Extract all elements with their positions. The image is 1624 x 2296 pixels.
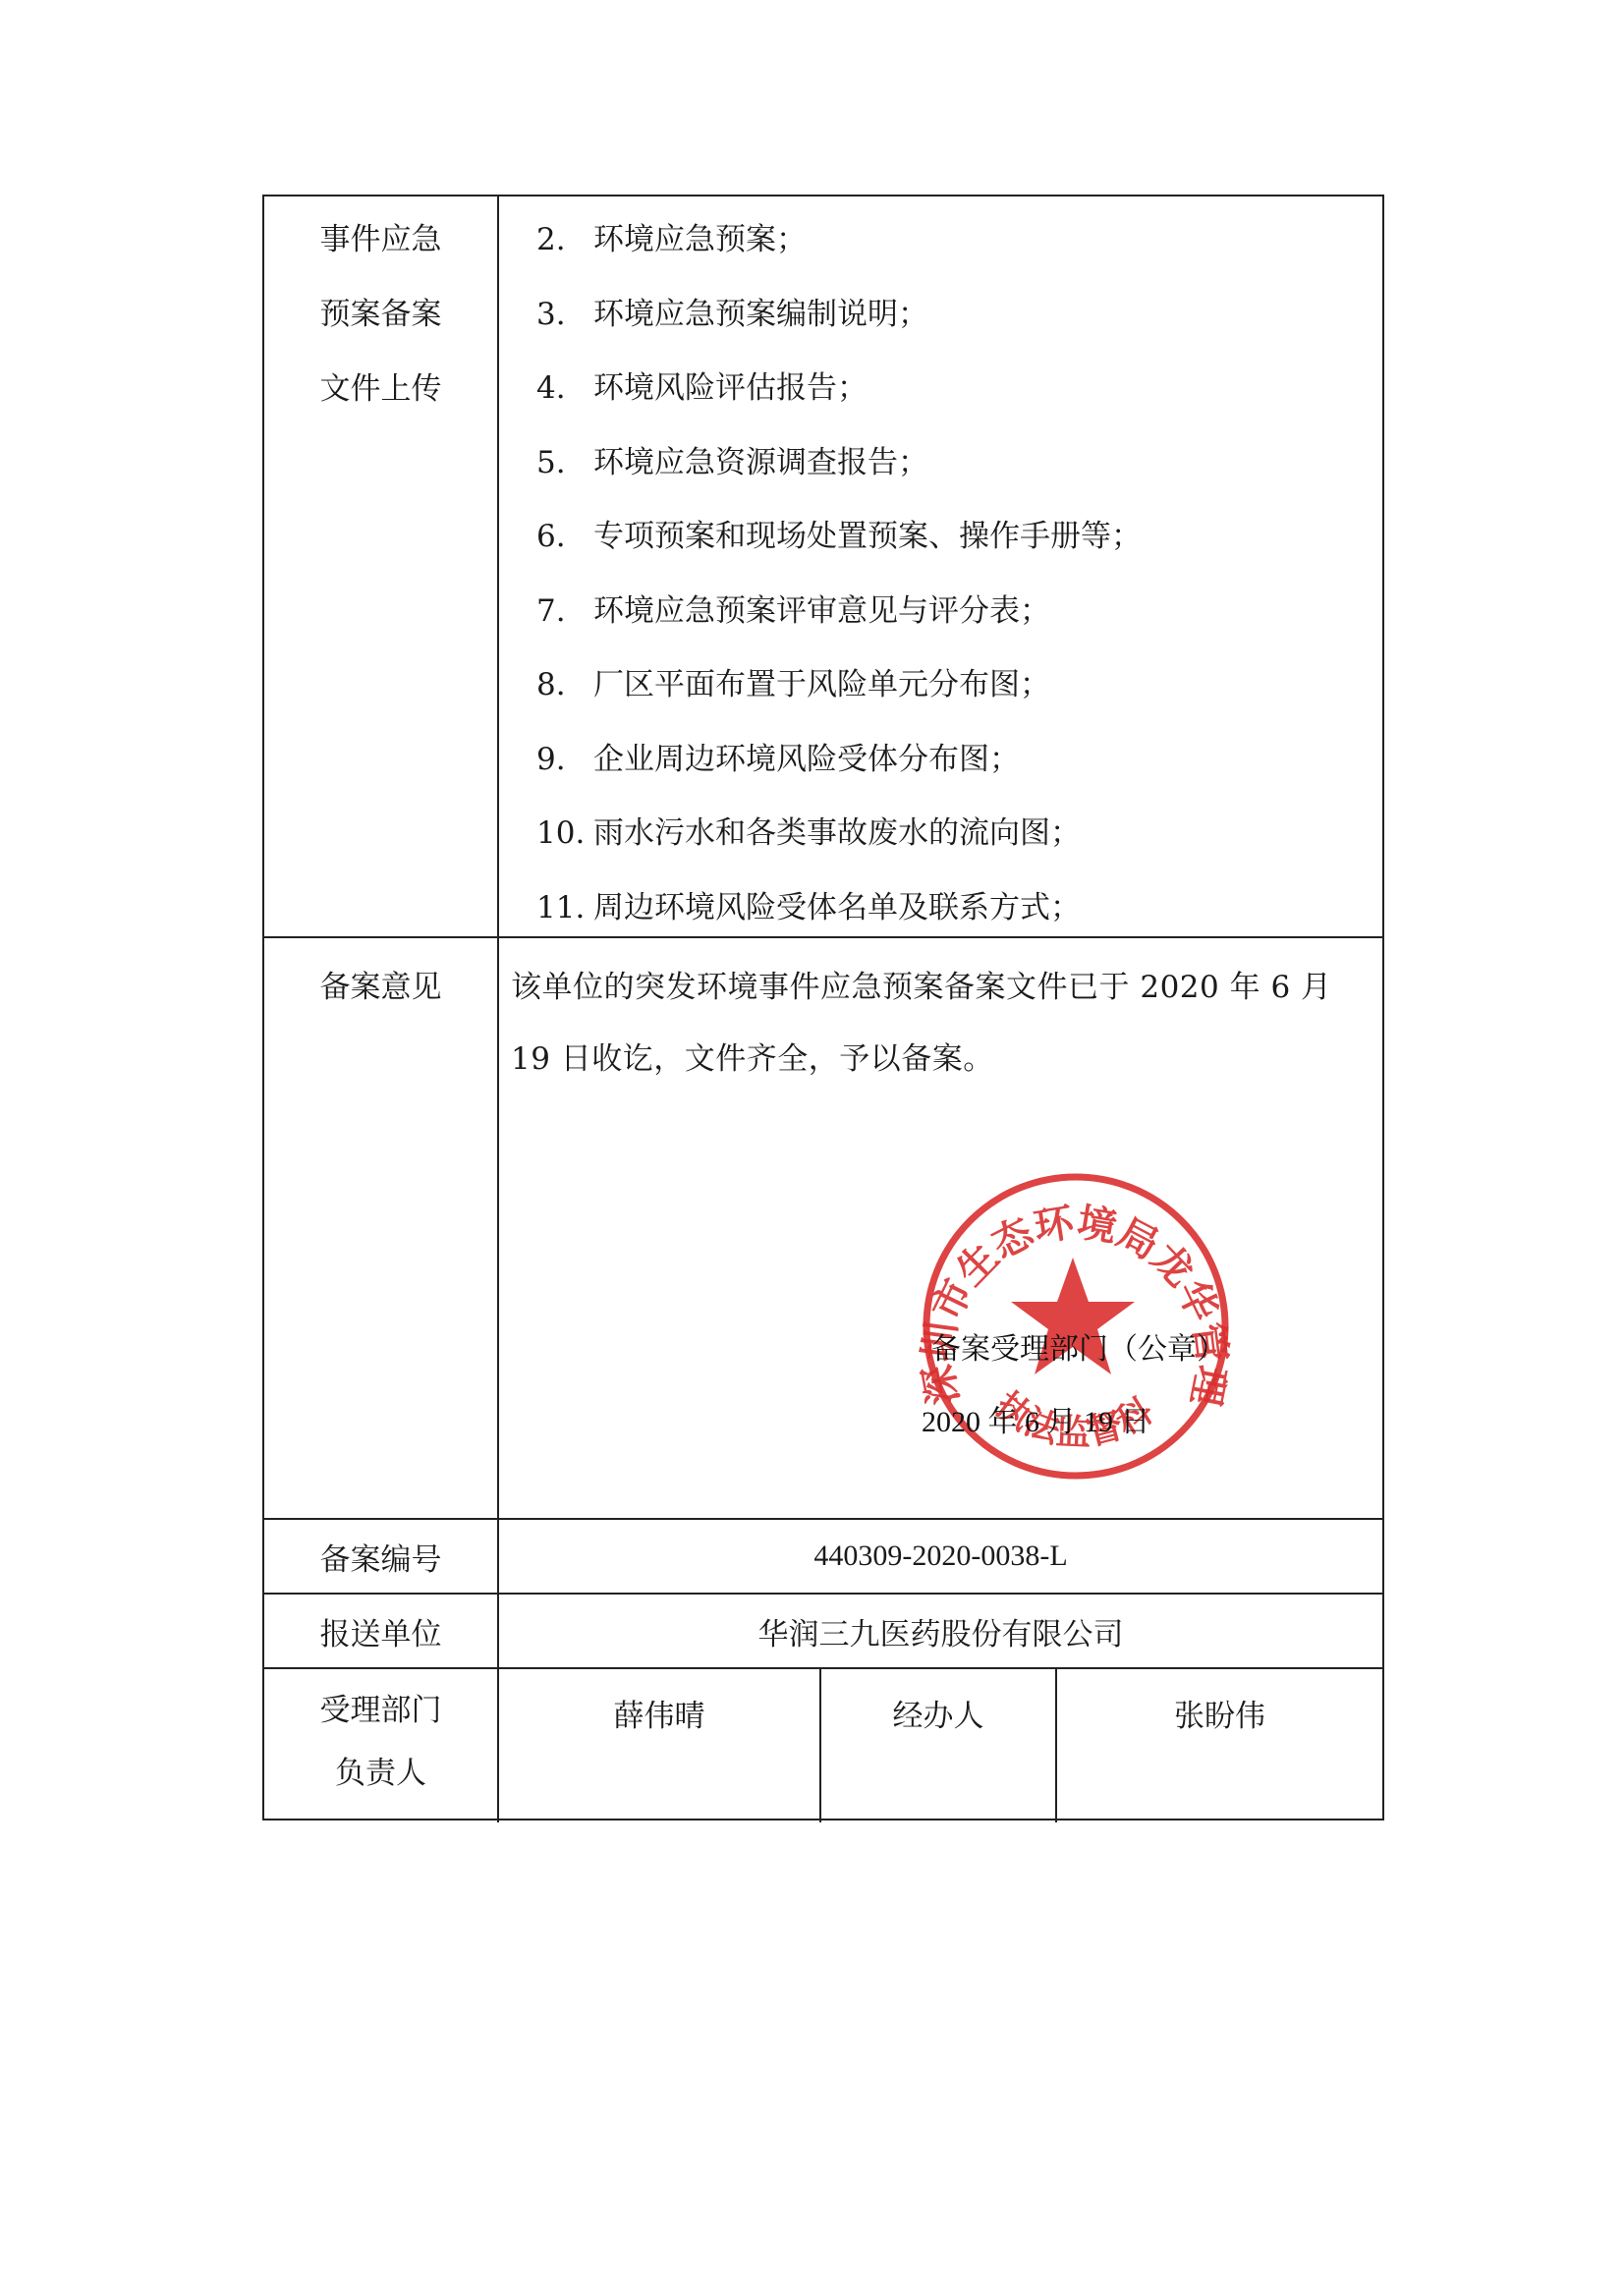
responsible-content: 薛伟晴 经办人 张盼伟 [499,1669,1382,1822]
record-number-value: 440309-2020-0038-L [499,1520,1382,1593]
filing-date: 2020 年 6 月 19 日 [922,1397,1150,1440]
department-seal-label: 备案受理部门（公章） [931,1324,1226,1368]
row-record-number: 备案编号 440309-2020-0038-L [264,1520,1382,1595]
list-item: 8.厂区平面布置于风险单元分布图； [536,653,1382,728]
submitting-unit-value: 华润三九医药股份有限公司 [499,1595,1382,1667]
list-item: 9.企业周边环境风险受体分布图； [536,728,1382,803]
opinion-label: 备案意见 [264,938,499,1518]
submitting-unit-label: 报送单位 [264,1595,499,1667]
row-uploaded-files: 事件应急 预案备案 文件上传 2.环境应急预案； 3.环境应急预案编制说明； 4… [264,196,1382,938]
list-item: 4.环境风险评估报告； [536,357,1382,431]
label-line: 文件上传 [264,352,497,426]
row-submitting-unit: 报送单位 华润三九医药股份有限公司 [264,1595,1382,1669]
list-item: 2.环境应急预案； [536,208,1382,283]
list-item: 3.环境应急预案编制说明； [536,283,1382,358]
handler-name: 张盼伟 [1057,1669,1382,1822]
list-item: 7.环境应急预案评审意见与评分表； [536,580,1382,654]
document-page: 事件应急 预案备案 文件上传 2.环境应急预案； 3.环境应急预案编制说明； 4… [0,0,1624,2296]
filing-table: 事件应急 预案备案 文件上传 2.环境应急预案； 3.环境应急预案编制说明； 4… [262,195,1384,1820]
label-line: 事件应急 [264,202,497,277]
list-item: 10.雨水污水和各类事故废水的流向图； [536,802,1382,876]
head-name: 薛伟晴 [499,1669,821,1822]
list-item: 5.环境应急资源调查报告； [536,431,1382,506]
list-item: 6.专项预案和现场处置预案、操作手册等； [536,505,1382,580]
responsible-label: 受理部门 负责人 [264,1669,499,1822]
record-number-label: 备案编号 [264,1520,499,1593]
label-line: 预案备案 [264,277,497,352]
uploaded-files-list: 2.环境应急预案； 3.环境应急预案编制说明； 4.环境风险评估报告； 5.环境… [499,196,1382,936]
row-responsible: 受理部门 负责人 薛伟晴 经办人 张盼伟 [264,1669,1382,1822]
uploaded-files-label: 事件应急 预案备案 文件上传 [264,196,499,936]
handler-label: 经办人 [821,1669,1057,1822]
